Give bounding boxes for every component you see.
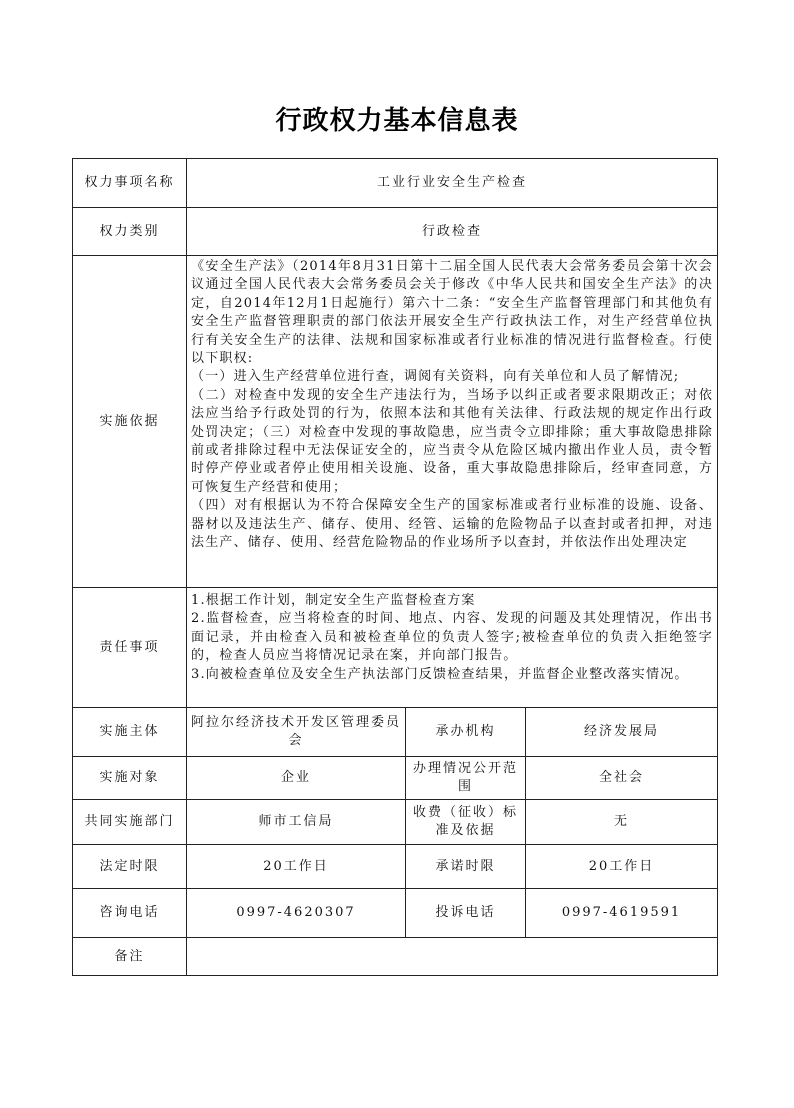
power-category-value: 行政检查 [187, 208, 718, 256]
legal-basis-text: 《安全生产法》（2014年8月31日第十二届全国人民代表大会常务委员会第十次会议… [187, 256, 717, 587]
row-phones: 咨询电话 0997-4620307 投诉电话 0997-4619591 [73, 889, 718, 938]
inquiry-phone-label: 咨询电话 [73, 889, 187, 938]
document-title: 行政权力基本信息表 [0, 100, 794, 137]
row-power-category: 权力类别 行政检查 [73, 208, 718, 256]
implementer-value: 阿拉尔经济技术开发区管理委员会 [187, 708, 406, 757]
joint-department-label: 共同实施部门 [73, 800, 187, 845]
handling-agency-value: 经济发展局 [526, 708, 718, 757]
power-category-label: 权力类别 [73, 208, 187, 256]
info-table: 权力事项名称 工业行业安全生产检查 权力类别 行政检查 实施依据 《安全生产法》… [72, 158, 718, 976]
row-power-name: 权力事项名称 工业行业安全生产检查 [73, 159, 718, 208]
remarks-value [187, 938, 718, 976]
responsibilities-list: 1.根据工作计划，制定安全生产监督检查方案 2.监督检查，应当将检查的时间、地点… [191, 592, 713, 684]
row-remarks: 备注 [73, 938, 718, 976]
responsibilities-cell: 1.根据工作计划，制定安全生产监督检查方案 2.监督检查，应当将检查的时间、地点… [187, 588, 718, 708]
implementer-label: 实施主体 [73, 708, 187, 757]
complaint-phone-label: 投诉电话 [406, 889, 526, 938]
handling-agency-label: 承办机构 [406, 708, 526, 757]
legal-basis-label: 实施依据 [73, 256, 187, 588]
target-label: 实施对象 [73, 757, 187, 800]
fee-standard-label: 收费（征收）标准及依据 [406, 800, 526, 845]
row-time-limit: 法定时限 20工作日 承诺时限 20工作日 [73, 845, 718, 889]
legal-time-limit-label: 法定时限 [73, 845, 187, 889]
target-value: 企业 [187, 757, 406, 800]
row-joint-department: 共同实施部门 师市工信局 收费（征收）标准及依据 无 [73, 800, 718, 845]
legal-basis-paragraph: （四）对有根据认为不符合保障安全生产的国家标准或者行业标准的设施、设备、器材以及… [191, 497, 713, 552]
legal-basis-paragraph: （一）进入生产经营单位进行查，调阅有关资料，向有关单位和人员了解情况; [191, 368, 713, 386]
legal-time-limit-value: 20工作日 [187, 845, 406, 889]
responsibility-item: 1.根据工作计划，制定安全生产监督检查方案 [191, 592, 713, 610]
power-name-label: 权力事项名称 [73, 159, 187, 208]
disclosure-scope-value: 全社会 [526, 757, 718, 800]
responsibility-item: 2.监督检查，应当将检查的时间、地点、内容、发现的问题及其处理情况，作出书面记录… [191, 610, 713, 665]
responsibilities-label: 责任事项 [73, 588, 187, 708]
joint-department-value: 师市工信局 [187, 800, 406, 845]
row-responsibilities: 责任事项 1.根据工作计划，制定安全生产监督检查方案 2.监督检查，应当将检查的… [73, 588, 718, 708]
promised-time-limit-label: 承诺时限 [406, 845, 526, 889]
disclosure-scope-label: 办理情况公开范围 [406, 757, 526, 800]
legal-basis-cell: 《安全生产法》（2014年8月31日第十二届全国人民代表大会常务委员会第十次会议… [187, 256, 718, 588]
inquiry-phone-value: 0997-4620307 [187, 889, 406, 938]
row-legal-basis: 实施依据 《安全生产法》（2014年8月31日第十二届全国人民代表大会常务委员会… [73, 256, 718, 588]
fee-standard-value: 无 [526, 800, 718, 845]
power-name-value: 工业行业安全生产检查 [187, 159, 718, 208]
row-implementer: 实施主体 阿拉尔经济技术开发区管理委员会 承办机构 经济发展局 [73, 708, 718, 757]
legal-basis-paragraph: 《安全生产法》（2014年8月31日第十二届全国人民代表大会常务委员会第十次会议… [191, 258, 713, 368]
responsibility-item: 3.向被检查单位及安全生产执法部门反馈检查结果，并监督企业整改落实情况。 [191, 666, 713, 684]
legal-basis-paragraph: （二）对检查中发现的安全生产违法行为，当场予以纠正或者要求限期改正；对依法应当给… [191, 387, 713, 497]
promised-time-limit-value: 20工作日 [526, 845, 718, 889]
remarks-label: 备注 [73, 938, 187, 976]
row-target: 实施对象 企业 办理情况公开范围 全社会 [73, 757, 718, 800]
complaint-phone-value: 0997-4619591 [526, 889, 718, 938]
